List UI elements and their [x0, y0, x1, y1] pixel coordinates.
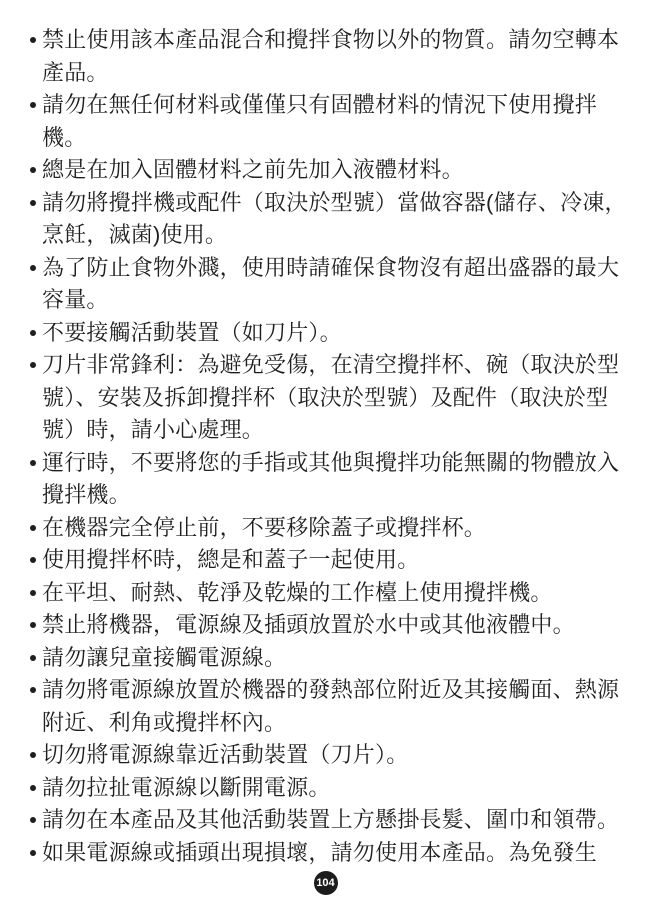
instruction-text: 運行時，不要將您的手指或其他與攪拌功能無關的物體放入攪拌機。 — [42, 450, 619, 508]
instruction-text: 禁止將機器，電源線及插頭放置於水中或其他液體中。 — [42, 612, 575, 637]
bullet-icon — [30, 622, 36, 628]
instruction-text: 請勿讓兒童接觸電源線。 — [42, 645, 286, 670]
list-item: 運行時，不要將您的手指或其他與攪拌功能無關的物體放入攪拌機。 — [30, 447, 638, 512]
bullet-icon — [30, 167, 36, 173]
list-item: 請勿讓兒童接觸電源線。 — [30, 642, 638, 675]
list-item: 在機器完全停止前，不要移除蓋子或攪拌杯。 — [30, 512, 638, 545]
instruction-text: 如果電源線或插頭出現損壞，請勿使用本產品。為免發生 — [42, 840, 597, 865]
instruction-text: 禁止使用該本產品混合和攪拌食物以外的物質。請勿空轉本產品。 — [42, 27, 619, 85]
bullet-icon — [30, 200, 36, 206]
list-item: 如果電源線或插頭出現損壞，請勿使用本產品。為免發生 — [30, 837, 638, 870]
list-item: 禁止使用該本產品混合和攪拌食物以外的物質。請勿空轉本產品。 — [30, 24, 638, 89]
bullet-icon — [30, 785, 36, 791]
bullet-icon — [30, 655, 36, 661]
list-item: 在平坦、耐熱、乾淨及乾燥的工作檯上使用攪拌機。 — [30, 577, 638, 610]
list-item: 為了防止食物外濺，使用時請確保食物沒有超出盛器的最大容量。 — [30, 252, 638, 317]
list-item: 請勿將攪拌機或配件（取決於型號）當做容器(儲存、冷凍，烹飪，滅菌)使用。 — [30, 187, 638, 252]
list-item: 禁止將機器，電源線及插頭放置於水中或其他液體中。 — [30, 609, 638, 642]
bullet-icon — [30, 330, 36, 336]
list-item: 使用攪拌杯時，總是和蓋子一起使用。 — [30, 544, 638, 577]
bullet-icon — [30, 265, 36, 271]
list-item: 總是在加入固體材料之前先加入液體材料。 — [30, 154, 638, 187]
bullet-icon — [30, 752, 36, 758]
bullet-icon — [30, 362, 36, 368]
list-item: 不要接觸活動裝置（如刀片）。 — [30, 317, 638, 350]
bullet-icon — [30, 557, 36, 563]
safety-instructions-list: 禁止使用該本產品混合和攪拌食物以外的物質。請勿空轉本產品。 請勿在無任何材料或僅… — [0, 0, 651, 869]
list-item: 請勿在無任何材料或僅僅只有固體材料的情況下使用攪拌機。 — [30, 89, 638, 154]
bullet-icon — [30, 817, 36, 823]
bullet-icon — [30, 102, 36, 108]
list-item: 請勿將電源線放置於機器的發熱部位附近及其接觸面、熱源附近、利角或攪拌杯內。 — [30, 674, 638, 739]
instruction-text: 請勿在本產品及其他活動裝置上方懸掛長髮、圍巾和領帶。 — [42, 807, 619, 832]
bullet-icon — [30, 590, 36, 596]
instruction-text: 使用攪拌杯時，總是和蓋子一起使用。 — [42, 547, 419, 572]
list-item: 刀片非常鋒利：為避免受傷，在清空攪拌杯、碗（取決於型號）、安裝及拆卸攪拌杯（取決… — [30, 349, 638, 447]
instruction-text: 在平坦、耐熱、乾淨及乾燥的工作檯上使用攪拌機。 — [42, 580, 553, 605]
instruction-text: 切勿將電源線靠近活動裝置（刀片）。 — [42, 742, 408, 767]
bullet-icon — [30, 460, 36, 466]
instruction-text: 請勿將攪拌機或配件（取決於型號）當做容器(儲存、冷凍，烹飪，滅菌)使用。 — [42, 190, 627, 248]
instruction-text: 不要接觸活動裝置（如刀片）。 — [42, 320, 342, 345]
bullet-icon — [30, 37, 36, 43]
bullet-icon — [30, 687, 36, 693]
instruction-text: 為了防止食物外濺，使用時請確保食物沒有超出盛器的最大容量。 — [42, 255, 619, 313]
manual-page: 禁止使用該本產品混合和攪拌食物以外的物質。請勿空轉本產品。 請勿在無任何材料或僅… — [0, 0, 651, 923]
instruction-text: 總是在加入固體材料之前先加入液體材料。 — [42, 157, 464, 182]
bullet-icon — [30, 525, 36, 531]
instruction-text: 請勿拉扯電源線以斷開電源。 — [42, 775, 331, 800]
instruction-text: 刀片非常鋒利：為避免受傷，在清空攪拌杯、碗（取決於型號）、安裝及拆卸攪拌杯（取決… — [42, 352, 619, 442]
page-number-badge: 104 — [314, 871, 338, 895]
list-item: 切勿將電源線靠近活動裝置（刀片）。 — [30, 739, 638, 772]
list-item: 請勿拉扯電源線以斷開電源。 — [30, 772, 638, 805]
page-number: 104 — [316, 877, 334, 889]
instruction-text: 請勿將電源線放置於機器的發熱部位附近及其接觸面、熱源附近、利角或攪拌杯內。 — [42, 677, 619, 735]
list-item: 請勿在本產品及其他活動裝置上方懸掛長髮、圍巾和領帶。 — [30, 804, 638, 837]
bullet-icon — [30, 850, 36, 856]
instruction-text: 請勿在無任何材料或僅僅只有固體材料的情況下使用攪拌機。 — [42, 92, 597, 150]
instruction-text: 在機器完全停止前，不要移除蓋子或攪拌杯。 — [42, 515, 486, 540]
